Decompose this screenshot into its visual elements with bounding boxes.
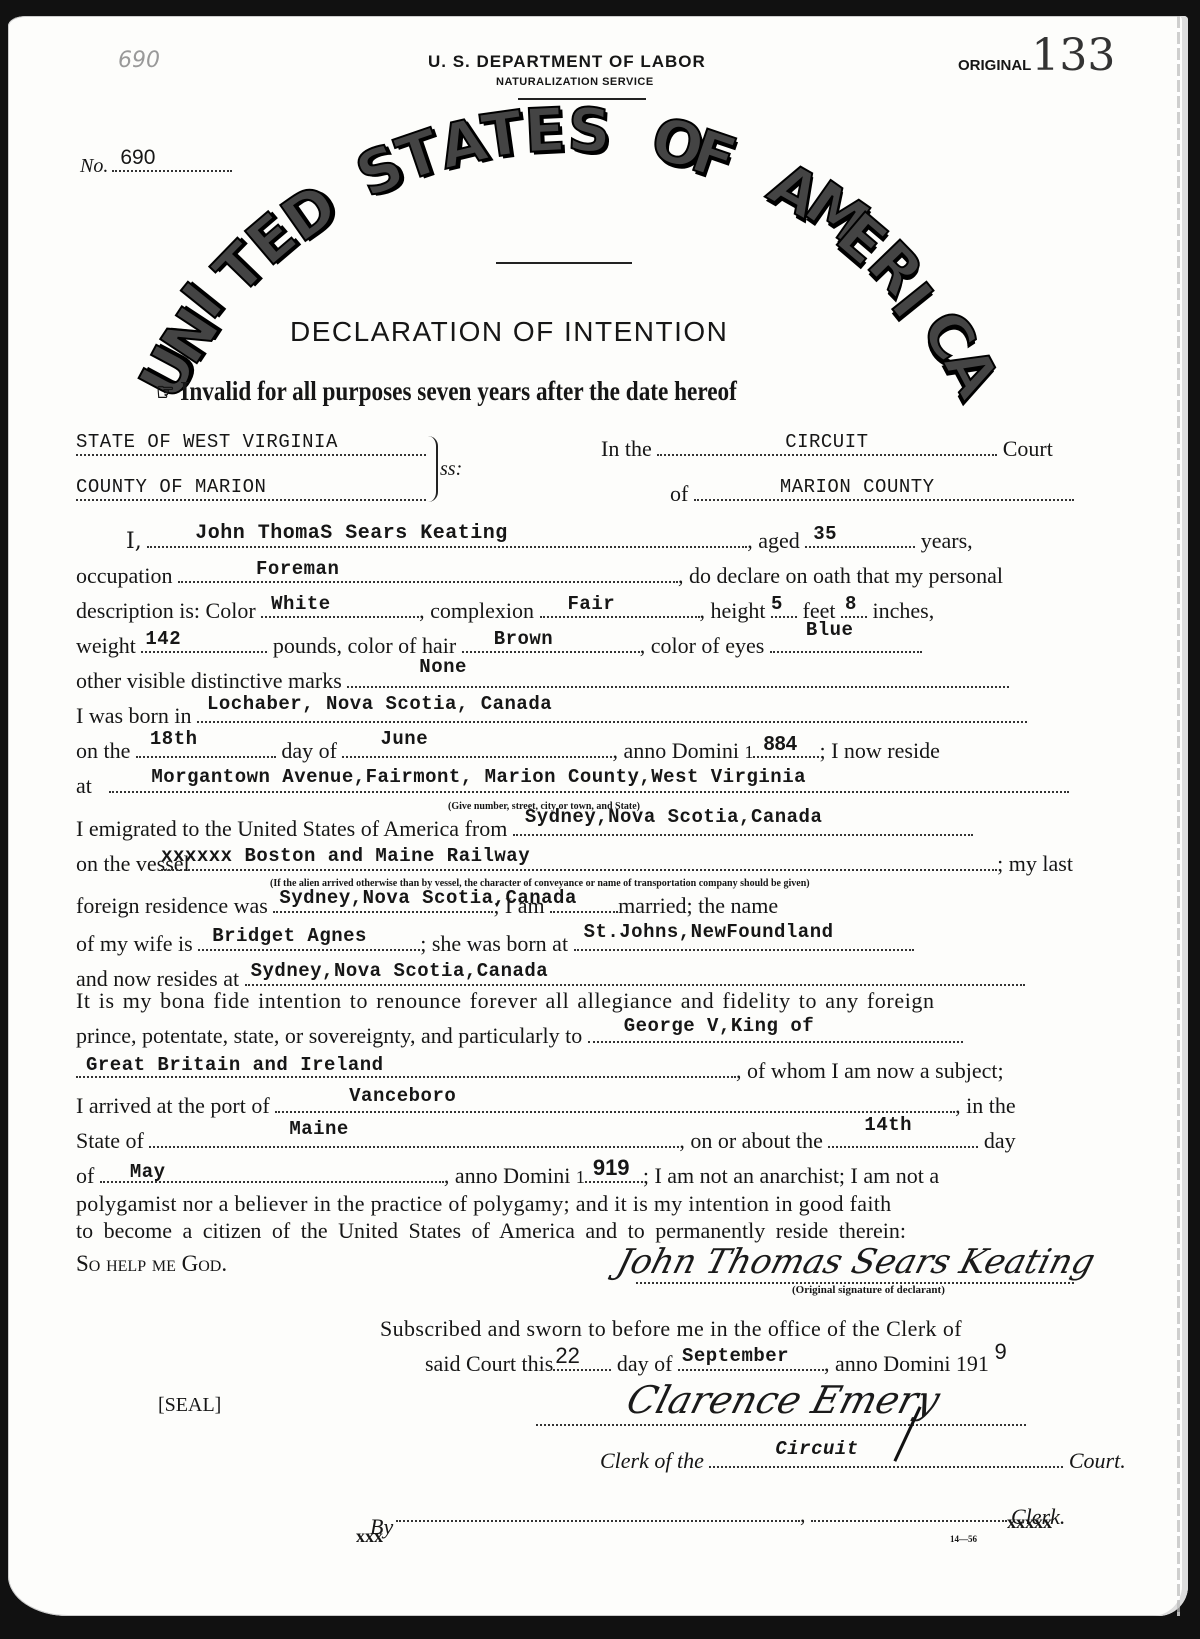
seal-label: [SEAL] bbox=[158, 1394, 221, 1417]
occupation-field: Foreman bbox=[178, 563, 678, 583]
wife-birthplace-field: St.Johns,NewFoundland bbox=[574, 931, 914, 951]
vessel-field: xxxxxx Boston and Maine Railway bbox=[161, 851, 997, 871]
oath-text: So help me God. bbox=[76, 1251, 227, 1277]
jurat-line-1: Subscribed and sworn to before me in the… bbox=[380, 1316, 962, 1342]
arrival-day-field: 14th bbox=[828, 1128, 978, 1148]
sovereign-field-1: George V,King of bbox=[588, 1023, 963, 1043]
arrival-state-field: Maine bbox=[149, 1128, 679, 1148]
marital-status-field bbox=[550, 893, 618, 913]
height-inches-field: 8 bbox=[841, 598, 867, 618]
color-field: White bbox=[261, 598, 419, 618]
complexion-field: Fair bbox=[540, 598, 700, 618]
marks-field: None bbox=[347, 668, 1009, 688]
arrival-port-field: Vanceboro bbox=[275, 1093, 955, 1113]
arrival-year-field: 919 bbox=[585, 1163, 643, 1183]
form-number: 14—56 bbox=[950, 1534, 977, 1544]
arc-title-letter: E bbox=[523, 96, 567, 168]
ss-label: ss: bbox=[440, 458, 462, 481]
arc-title-letter: S bbox=[566, 96, 612, 168]
birthplace-field: Lochaber, Nova Scotia, Canada bbox=[197, 703, 1027, 723]
state-field: STATE OF WEST VIRGINIA bbox=[76, 436, 426, 456]
clerk-court-field: Circuit bbox=[709, 1448, 1063, 1468]
arrival-month-field: May bbox=[100, 1163, 444, 1183]
declarant-signature: John Thomas Sears Keating bbox=[613, 1242, 1100, 1282]
court-county-field: MARION COUNTY bbox=[694, 481, 1074, 501]
wife-name-field: Bridget Agnes bbox=[198, 931, 420, 951]
clerk-title-field bbox=[811, 1502, 1007, 1522]
sworn-day-field: 22 bbox=[553, 1351, 611, 1371]
deputy-clerk-field bbox=[396, 1502, 800, 1522]
signature-caption: (Original signature of declarant) bbox=[792, 1284, 945, 1296]
form-title: DECLARATION OF INTENTION bbox=[290, 316, 728, 348]
birth-year-field: 884 bbox=[753, 738, 819, 758]
eyes-field: Blue bbox=[770, 633, 922, 653]
validity-warning: ☞ Invalid for all purposes seven years a… bbox=[156, 376, 737, 407]
court-field: CIRCUIT bbox=[657, 436, 997, 456]
renunciation-line-1: It is my bona fide intention to renounce… bbox=[76, 988, 935, 1014]
polygamy-text: polygamist nor a believer in the practic… bbox=[76, 1191, 891, 1217]
height-feet-field: 5 bbox=[771, 598, 797, 618]
wife-residence-field: Sydney,Nova Scotia,Canada bbox=[245, 966, 1025, 986]
birth-day-field: 18th bbox=[136, 738, 276, 758]
age-field: 35 bbox=[805, 528, 915, 548]
hair-field: Brown bbox=[462, 633, 640, 653]
county-field: COUNTY OF MARION bbox=[76, 481, 426, 501]
clerk-signature-line bbox=[536, 1424, 1026, 1426]
emigrated-from-field: Sydney,Nova Scotia,Canada bbox=[513, 816, 973, 836]
weight-field: 142 bbox=[141, 633, 267, 653]
residence-field: Morgantown Avenue,Fairmont, Marion Count… bbox=[109, 773, 1069, 793]
declarant-name-field: John ThomaS Sears Keating bbox=[147, 528, 747, 548]
pointing-hand-icon: ☞ bbox=[156, 380, 175, 406]
title-rule bbox=[496, 262, 632, 264]
foreign-residence-field: Sydney,Nova Scotia,Canada bbox=[273, 893, 493, 913]
brace bbox=[426, 436, 438, 502]
clerk-signature: Clarence Emery bbox=[622, 1378, 945, 1422]
arc-title-letter: T bbox=[477, 98, 527, 173]
sworn-year-digit: 9 bbox=[994, 1339, 1006, 1364]
declaration-document: 690 U. S. DEPARTMENT OF LABOR NATURALIZA… bbox=[8, 16, 1188, 1616]
arc-title: UNITEDSTATESOFAMERICA bbox=[8, 16, 1188, 356]
citizen-text: to become a citizen of the United States… bbox=[76, 1218, 906, 1244]
birth-month-field: June bbox=[342, 738, 612, 758]
sworn-month-field: September bbox=[678, 1351, 824, 1371]
sovereign-field-2: Great Britain and Ireland bbox=[76, 1058, 736, 1078]
